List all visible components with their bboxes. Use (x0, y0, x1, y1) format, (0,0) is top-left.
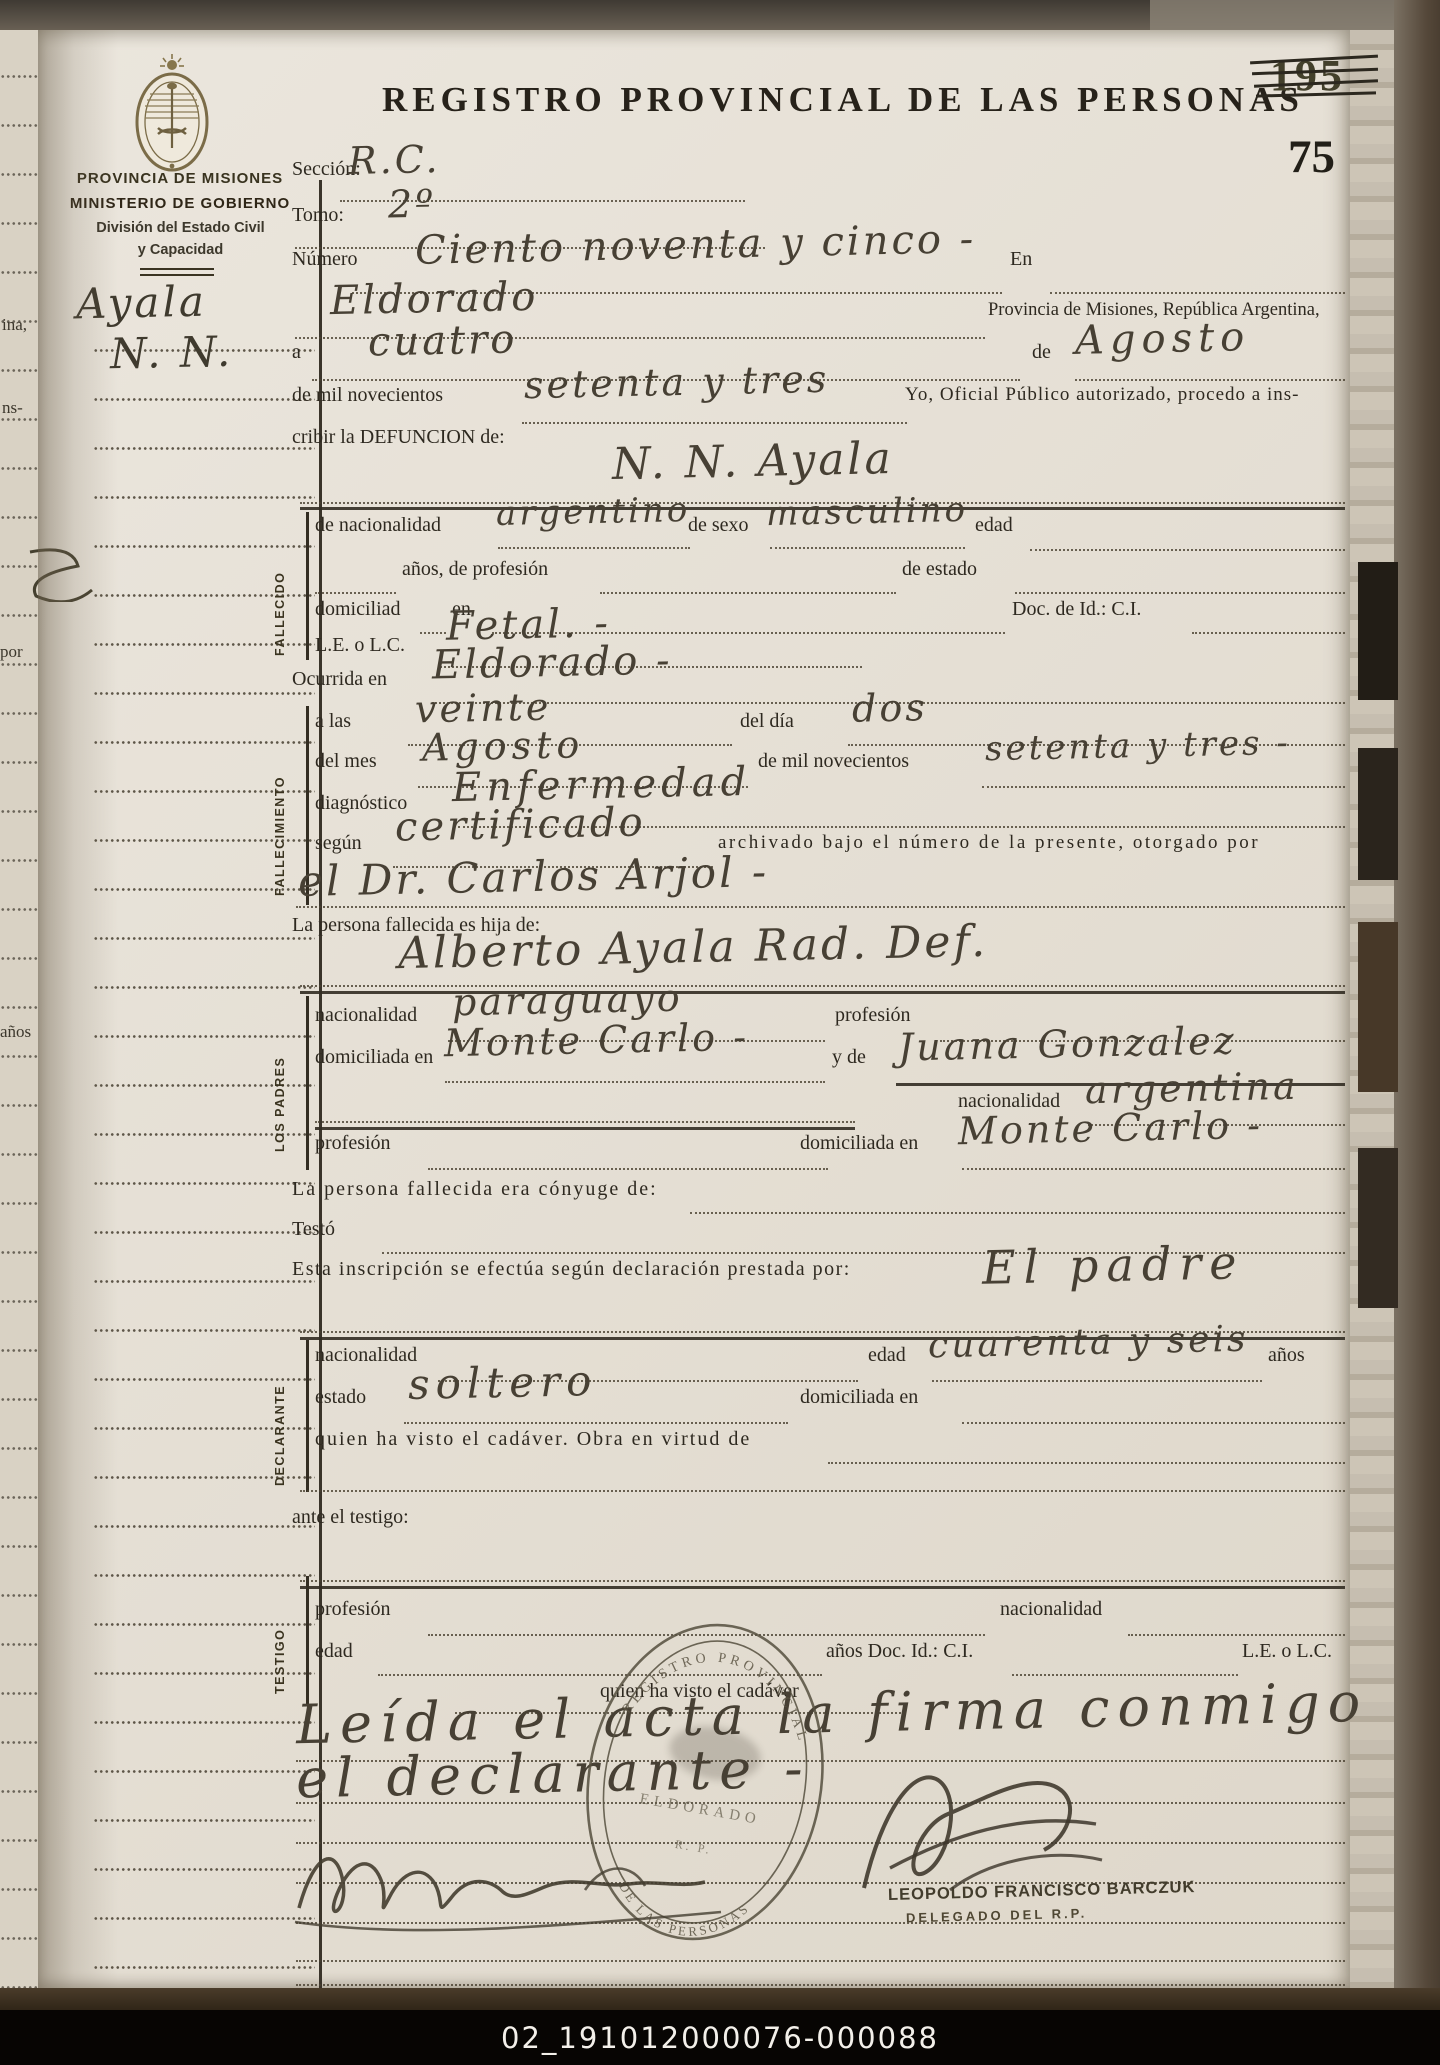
solid-line (300, 1586, 1345, 1589)
inscripcion-label: Esta inscripción se efectúa según declar… (292, 1258, 851, 1281)
archive-reference-caption: 02_191012000076-000088 (501, 2021, 939, 2055)
scanned-death-certificate-photo: ina, ns- por años PROVIN (0, 0, 1440, 2065)
argentina-coat-of-arms-icon (130, 52, 214, 174)
segun-value: certificado (395, 799, 647, 850)
ante-testigo-label: ante el testigo: (292, 1506, 409, 1529)
section-label-padres: LOS PADRES (273, 1057, 287, 1152)
declarant-signature (285, 1820, 765, 1945)
declarante-estado-label: estado (315, 1386, 366, 1409)
section-bracket-testigo (306, 1576, 309, 1706)
dotted-line (982, 786, 1345, 788)
numero-value: Ciento noventa y cinco - (415, 216, 977, 274)
dia-value: cuatro (368, 316, 518, 365)
solid-line (315, 1127, 855, 1130)
testigo-nacionalidad-label: nacionalidad (1000, 1598, 1102, 1621)
sidebar-division-text: División del Estado Civil (68, 220, 293, 236)
dotted-line (296, 1984, 1345, 1986)
dotted-line (932, 1380, 1262, 1382)
fallecido-sexo-label: de sexo (688, 514, 749, 537)
padres-domiciliada2-label: domiciliada en (800, 1132, 918, 1155)
declarante-cadaver-label: quien ha visto el cadáver. Obra en virtu… (315, 1428, 751, 1451)
dotted-line (770, 547, 965, 549)
book-cover-right (1394, 0, 1440, 2065)
dotted-line (1015, 592, 1345, 594)
dotted-line (690, 1212, 1345, 1214)
section-bracket-padres (306, 996, 309, 1170)
section-label-testigo: TESTIGO (273, 1629, 287, 1694)
prev-page-fragment: ns- (2, 398, 23, 418)
medico-value: el Dr. Carlos Arjol - (298, 847, 770, 906)
declarante-edad-label: edad (868, 1344, 906, 1367)
dotted-line (300, 1580, 1345, 1582)
padres-nacionalidad-label: nacionalidad (315, 1004, 417, 1027)
dotted-line (315, 592, 396, 594)
dotted-line (296, 906, 1345, 908)
fallecido-sexo-value: masculino (766, 490, 969, 534)
fallecido-edad-label: edad (975, 514, 1013, 537)
padres-profesion-label: profesión (835, 1004, 911, 1027)
fallecido-le-lc-label: L.E. o L.C. (315, 634, 405, 657)
dotted-line (1192, 632, 1345, 634)
dotted-line (404, 1422, 788, 1424)
diagnostico-label: diagnóstico (315, 792, 407, 815)
segun-label: según (315, 832, 362, 855)
fallecido-doc-label: Doc. de Id.: C.I. (1012, 598, 1141, 621)
dotted-line (1050, 292, 1345, 294)
anio-value: setenta y tres (524, 357, 830, 407)
dotted-line (1128, 1634, 1345, 1636)
prev-page-fragment: ina, (2, 315, 27, 335)
conyuge-label: La persona fallecida era cónyuge de: (292, 1178, 658, 1201)
cribir-text: cribir la DEFUNCION de: (292, 426, 505, 449)
numero-label: Número (292, 248, 358, 271)
fallecido-domiciliad-label: domiciliad (315, 598, 401, 621)
novecientos-label: de mil novecientos (292, 384, 443, 407)
anio-fallecimiento-value: setenta y tres - (985, 723, 1292, 769)
section-label-declarante: DECLARANTE (273, 1385, 287, 1486)
testigo-edad-label: edad (315, 1640, 353, 1663)
dia-fallecimiento-value: dos (852, 685, 929, 731)
ocurrida-label: Ocurrida en (292, 668, 387, 691)
book-tab (1358, 748, 1398, 880)
dotted-line (522, 422, 907, 424)
seccion-value: R.C. (348, 137, 441, 183)
madre-domicilio-value: Monte Carlo - (958, 1103, 1264, 1153)
photo-bottom-edge (0, 1988, 1440, 2012)
section-bracket-fallecido (306, 512, 309, 660)
novecientos2-label: de mil novecientos (758, 750, 909, 773)
yde-label: y de (832, 1046, 866, 1069)
section-bracket-declarante (306, 1340, 309, 1492)
dotted-line (962, 1422, 1345, 1424)
margin-note-initials: N. N. (110, 327, 234, 379)
page-number: 75 (1288, 130, 1335, 184)
delmes-label: del mes (315, 750, 377, 773)
previous-page-edge: ina, ns- por años (0, 30, 38, 1988)
testigo-profesion-label: profesión (315, 1598, 391, 1621)
fallecido-anos-profesion-label: años, de profesión (402, 558, 548, 581)
fallecido-nacionalidad-label: de nacionalidad (315, 514, 441, 537)
book-tab (1358, 922, 1398, 1092)
margin-ink-flourish (18, 538, 96, 602)
dotted-line (445, 1081, 825, 1083)
declarante-estado-value: soltero (408, 1356, 598, 1409)
prev-page-fragment: por (0, 642, 23, 662)
declarante-edad-value: cuarenta y seis (928, 1319, 1249, 1367)
declarante-value: El padre (981, 1235, 1245, 1294)
dotted-line (420, 632, 446, 634)
document-page: PROVINCIA DE MISIONES MINISTERIO DE GOBI… (38, 30, 1350, 1988)
book-tab (1358, 1148, 1398, 1308)
dotted-line (315, 1121, 855, 1123)
dotted-line (1075, 379, 1345, 381)
madre-value: Juana Gonzalez (898, 1018, 1237, 1069)
padres-domiciliada-label: domiciliada en (315, 1046, 433, 1069)
fallecido-estado-label: de estado (902, 558, 977, 581)
sidebar-provincia-text: PROVINCIA DE MISIONES (60, 170, 300, 187)
caption-bar: 02_191012000076-000088 (0, 2010, 1440, 2065)
padres-profesion2-label: profesión (315, 1132, 391, 1155)
dotted-line (498, 547, 690, 549)
testo-label: Testó (292, 1218, 335, 1241)
sidebar-capacidad-text: y Capacidad (68, 242, 293, 258)
archivado-text: archivado bajo el número de la presente,… (718, 832, 1260, 854)
deldia-label: del día (740, 710, 794, 733)
alas-label: a las (315, 710, 351, 733)
difunto-value: N. N. Ayala (611, 433, 894, 490)
declarante-anos-label: años (1268, 1344, 1305, 1367)
de-label: de (1032, 341, 1051, 364)
dotted-line (428, 1168, 828, 1170)
section-label-fallecido: FALLECIDO (273, 572, 287, 656)
padre-domicilio-value: Monte Carlo - (444, 1015, 750, 1065)
prev-page-fragment: años (0, 1022, 31, 1042)
declarante-nacionalidad-label: nacionalidad (315, 1344, 417, 1367)
dotted-line (962, 1168, 1345, 1170)
mes-value: Agosto (1075, 314, 1251, 364)
page-title: REGISTRO PROVINCIAL DE LAS PERSONAS (382, 80, 1304, 120)
padre-value: Alberto Ayala Rad. Def. (398, 916, 989, 979)
oficial-text: Yo, Oficial Público autorizado, procedo … (905, 384, 1299, 406)
book-tab (1358, 562, 1398, 700)
margin-note-surname: Ayala (76, 277, 208, 329)
en-label: En (1010, 248, 1032, 271)
dotted-line (828, 1462, 1345, 1464)
dotted-line (300, 1490, 1345, 1492)
tomo-value: 2º (388, 182, 437, 227)
section-label-fallecimiento: FALLECIMIENTO (273, 776, 287, 896)
a-label: a (292, 341, 301, 364)
declarante-domiciliada-label: domiciliada en (800, 1386, 918, 1409)
sidebar-double-rule (140, 268, 214, 276)
dotted-line (600, 592, 896, 594)
ocurrida-value: Eldorado - (432, 637, 673, 688)
tomo-label: Tomo: (292, 204, 344, 227)
sidebar-ministerio-text: MINISTERIO DE GOBIERNO (56, 195, 304, 212)
dotted-line (1030, 549, 1345, 551)
testigo-le-lc-label: L.E. o L.C. (1242, 1640, 1332, 1663)
fallecido-nacionalidad-value: argentino (496, 490, 691, 534)
